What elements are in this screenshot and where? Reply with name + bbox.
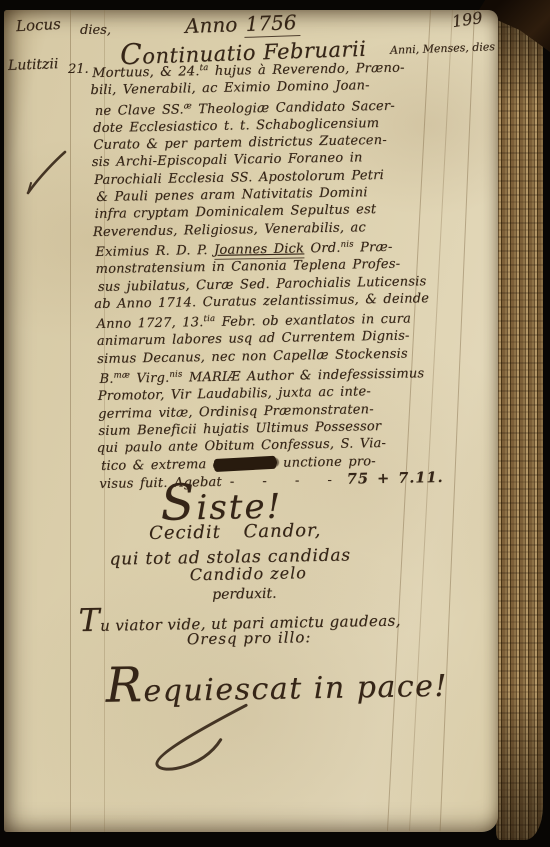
pen-flourish-icon bbox=[140, 701, 251, 779]
text-segment: MARIÆ Author & indefessissimus bbox=[182, 366, 424, 385]
requiescat-line: Requiescat in pace! bbox=[105, 656, 448, 710]
epitaph-line: Candido zelo bbox=[190, 565, 307, 583]
manuscript-page: Locus dies, Anno 1756 Continuatio Februa… bbox=[4, 10, 498, 832]
text-segment: Reverendus, Religiosus, Venerabilis, ac bbox=[93, 220, 366, 240]
text-segment: B. bbox=[99, 372, 113, 387]
ruled-line-locus bbox=[70, 10, 71, 832]
text-segment: æ bbox=[184, 101, 192, 111]
anno-word: Anno bbox=[185, 12, 238, 38]
year-value: 1756 bbox=[243, 10, 300, 38]
epitaph-line: Cecidit Candor, bbox=[149, 522, 322, 543]
text-segment: Eximius R. D. P. bbox=[95, 243, 214, 260]
epitaph-block: Siste! Cecidit Candor, qui tot ad stolas… bbox=[88, 465, 490, 812]
text-segment: Ord. bbox=[304, 241, 341, 257]
epitaph-line: perduxit. bbox=[212, 587, 277, 602]
text-segment: mæ bbox=[113, 370, 130, 380]
text-segment: Virg. bbox=[130, 371, 170, 387]
text-segment: Theologiæ Candidato Sacer- bbox=[192, 98, 395, 117]
year-heading: Anno 1756 bbox=[185, 12, 300, 36]
scanned-manuscript: Locus dies, Anno 1756 Continuatio Februa… bbox=[0, 0, 550, 847]
text-segment: tia bbox=[203, 314, 215, 324]
folio-number: 199 bbox=[451, 10, 483, 30]
margin-place-name: Lutitzii bbox=[8, 57, 59, 73]
text-segment: Anno 1727, 13. bbox=[96, 315, 203, 332]
column-header-age: Anni, Menses, dies bbox=[390, 41, 495, 56]
epitaph-ores-line: Oresq pro illo: bbox=[187, 630, 312, 647]
entry-lines: Mortuus, & 24.ta hujus à Reverendo, Præn… bbox=[92, 56, 469, 494]
text-segment: & Pauli penes aram Nativitatis Domini bbox=[96, 185, 368, 205]
text-segment: Febr. ob exantlatos in cura bbox=[215, 312, 411, 330]
text-segment: hujus à Reverendo, Præno- bbox=[208, 61, 404, 79]
text-segment: sis Archi-Episcopali Vicario Foraneo in bbox=[92, 151, 363, 171]
text-segment: nis bbox=[340, 239, 353, 249]
margin-day-number: 21. bbox=[68, 63, 89, 76]
text-segment: nis bbox=[169, 370, 182, 380]
margin-check-mark-icon bbox=[20, 146, 68, 204]
book-fore-edge bbox=[496, 4, 543, 840]
column-header-locus: Locus bbox=[16, 17, 61, 34]
text-segment: Mortuus, & 24. bbox=[92, 64, 200, 81]
text-segment: Præ- bbox=[354, 240, 393, 256]
text-segment: ne Clave SS. bbox=[95, 102, 184, 119]
crossed-out-word bbox=[213, 457, 277, 469]
column-header-dies: dies, bbox=[80, 24, 111, 37]
